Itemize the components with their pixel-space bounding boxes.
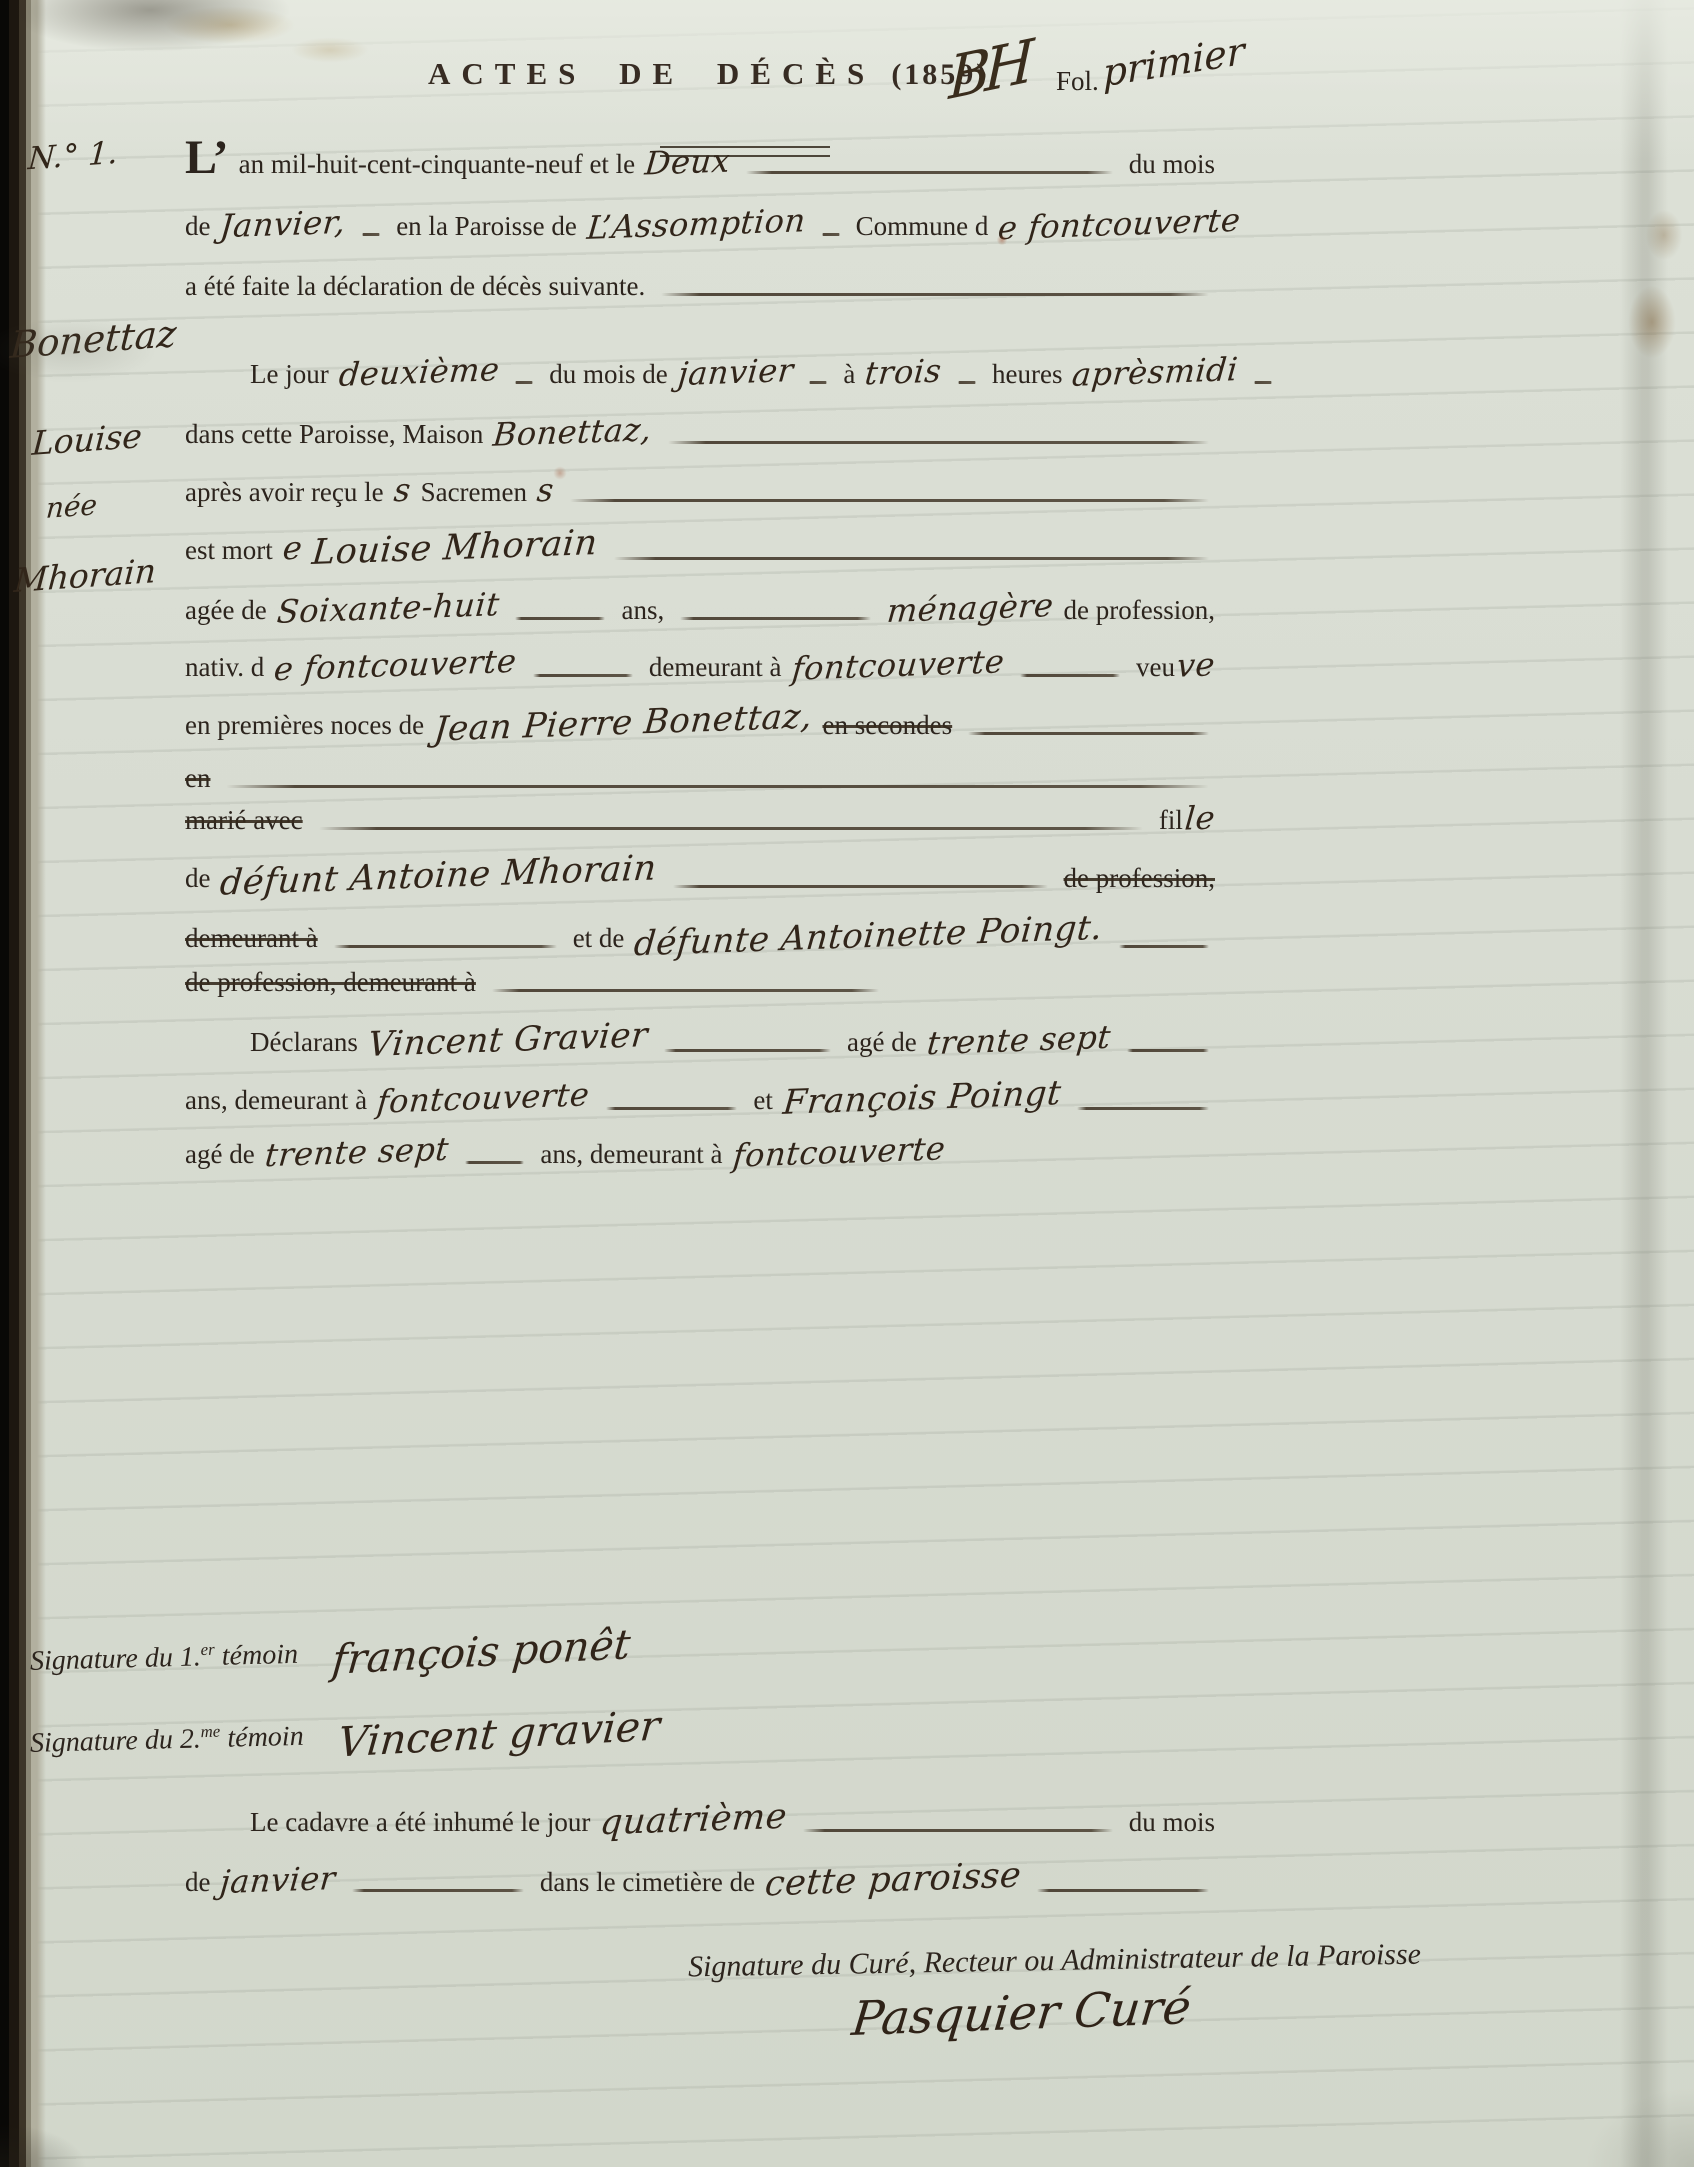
witness-2-row: Signature du 2.me témoin Vincent gravier bbox=[30, 1710, 660, 1758]
witness-2-label: Signature du 2.me témoin bbox=[30, 1719, 304, 1759]
printed-text: en la Paroisse de bbox=[396, 204, 577, 248]
printed-text: Le jour bbox=[250, 352, 329, 396]
margin-name-firstname: Louise bbox=[31, 416, 144, 463]
ink-rule bbox=[668, 441, 1209, 444]
ink-rule bbox=[465, 1161, 525, 1164]
printed-text: a été faite la déclaration de décès suiv… bbox=[185, 264, 645, 308]
handwritten-entry: fontcouverte bbox=[790, 639, 1006, 691]
burial-line-1: Le cadavre a été inhumé le jour quatrièm… bbox=[250, 1798, 1215, 1844]
printed-text: du mois bbox=[1129, 1800, 1215, 1844]
handwritten-entry: défunte Antoinette Poingt. bbox=[633, 906, 1105, 967]
handwritten-entry: deuxième bbox=[337, 347, 501, 397]
ink-rule bbox=[614, 557, 1209, 560]
act-line-6: après avoir reçu le s Sacremen s bbox=[185, 468, 1215, 514]
handwritten-entry: Jean Pierre Bonettaz, bbox=[432, 694, 814, 751]
act-line-16: Déclarans Vincent Gravier agé de trente … bbox=[250, 1018, 1215, 1064]
printed-text: de profession, bbox=[1064, 588, 1215, 632]
handwritten-entry: fontcouverte bbox=[731, 1126, 947, 1178]
ink-rule bbox=[968, 732, 1209, 735]
printed-text: Commune d bbox=[856, 204, 989, 248]
death-register-page: ACTES DE DÉCÈS (1859) BH Fol. primier N.… bbox=[0, 0, 1694, 2167]
handwritten-entry: s bbox=[392, 468, 413, 513]
handwritten-entry: le bbox=[1183, 795, 1217, 840]
ink-rule bbox=[515, 381, 533, 384]
ink-rule bbox=[803, 1829, 1112, 1832]
ink-rule bbox=[822, 233, 840, 236]
handwritten-entry: s bbox=[535, 468, 556, 513]
handwritten-entry: trente sept bbox=[263, 1127, 451, 1178]
handwritten-entry: janvier bbox=[219, 1856, 338, 1904]
printed-text: ans, demeurant à bbox=[185, 1078, 367, 1122]
act-line-9: nativ. d e fontcouverte demeurant à font… bbox=[185, 643, 1215, 689]
printed-text: an mil-huit-cent-cinquante-neuf et le bbox=[239, 142, 636, 186]
ink-rule bbox=[226, 785, 1209, 788]
burial-line-2: de janvier dans le cimetière de cette pa… bbox=[185, 1858, 1215, 1904]
act-line-1: L’ an mil-huit-cent-cinquante-neuf et le… bbox=[185, 138, 1215, 186]
printed-text: de bbox=[185, 1860, 210, 1904]
handwritten-entry: fontcouverte bbox=[375, 1072, 591, 1124]
act-line-7: est mort e Louise Mhorain bbox=[185, 526, 1215, 572]
act-line-3: a été faite la déclaration de décès suiv… bbox=[185, 264, 1215, 308]
ink-rule bbox=[958, 381, 976, 384]
witness-label-text: Signature du 2. bbox=[30, 1723, 202, 1758]
handwritten-entry: Soixante-huit bbox=[275, 582, 501, 634]
printed-text: et bbox=[753, 1078, 773, 1122]
printed-text: et de bbox=[573, 916, 625, 960]
printed-text: demeurant à bbox=[185, 916, 318, 960]
curate-signature-label: Signature du Curé, Recteur ou Administra… bbox=[688, 1938, 1421, 1985]
printed-text: après avoir reçu le bbox=[185, 470, 384, 514]
folio-label: Fol. bbox=[1056, 66, 1099, 97]
printed-text: en secondes bbox=[822, 703, 952, 747]
curate-signature: Pasquier Curé bbox=[849, 1980, 1193, 2047]
page-title: ACTES DE DÉCÈS bbox=[428, 56, 875, 92]
witness-label-superscript: er bbox=[200, 1639, 214, 1658]
witness-1-row: Signature du 1.er témoin françois ponêt bbox=[30, 1628, 631, 1676]
handwritten-entry: e bbox=[281, 526, 304, 571]
ink-rule bbox=[334, 945, 557, 948]
handwritten-entry: e fontcouverte bbox=[997, 198, 1243, 251]
ink-rule bbox=[664, 1049, 831, 1052]
act-line-13: de défunt Antoine Mhorain de profession, bbox=[185, 854, 1215, 900]
printed-text: en bbox=[185, 756, 210, 800]
printed-text: fil bbox=[1159, 798, 1183, 842]
ink-rule bbox=[570, 499, 1209, 502]
printed-text: à bbox=[843, 352, 855, 396]
printed-text: du mois de bbox=[549, 352, 668, 396]
ink-rule bbox=[1254, 381, 1272, 384]
printed-text: est mort bbox=[185, 528, 273, 572]
ink-rule bbox=[606, 1107, 738, 1110]
witness-1-label: Signature du 1.er témoin bbox=[30, 1637, 299, 1677]
printed-text: agé de bbox=[185, 1132, 255, 1176]
act-line-5: dans cette Paroisse, Maison Bonettaz, bbox=[185, 410, 1215, 456]
act-line-11: en bbox=[185, 756, 1215, 800]
printed-text: marié avec bbox=[185, 798, 303, 842]
ink-rule bbox=[319, 827, 1143, 830]
ink-rule bbox=[515, 617, 605, 620]
act-line-10: en premières noces de Jean Pierre Bonett… bbox=[185, 701, 1215, 747]
ink-rule bbox=[1127, 1049, 1209, 1052]
handwritten-entry: ménagère bbox=[885, 583, 1055, 633]
printed-text: dans le cimetière de bbox=[540, 1860, 755, 1904]
ink-rule bbox=[746, 171, 1112, 174]
handwritten-entry: Louise Mhorain bbox=[310, 521, 599, 575]
ink-rule bbox=[809, 381, 827, 384]
margin-act-number: N.° 1. bbox=[27, 135, 119, 178]
act-line-18: agé de trente sept ans, demeurant à font… bbox=[185, 1130, 945, 1176]
act-line-12: marié avec fille bbox=[185, 796, 1215, 842]
printed-text: nativ. d bbox=[185, 645, 264, 689]
printed-text: de profession, demeurant à bbox=[185, 960, 476, 1004]
printed-text: veu bbox=[1136, 645, 1175, 689]
act-line-17: ans, demeurant à fontcouverte et Françoi… bbox=[185, 1076, 1215, 1122]
margin-name-nee: née bbox=[45, 488, 98, 525]
printed-text: agé de bbox=[847, 1020, 917, 1064]
ink-rule bbox=[533, 674, 633, 677]
handwritten-entry: Deux bbox=[643, 138, 732, 185]
act-line-14: demeurant à et de défunte Antoinette Poi… bbox=[185, 914, 1215, 960]
handwritten-entry: quatrième bbox=[598, 1795, 789, 1846]
ink-rule bbox=[492, 989, 879, 992]
printed-text: ans, bbox=[621, 588, 664, 632]
ink-rule bbox=[1037, 1889, 1209, 1892]
printed-text: agée de bbox=[185, 588, 267, 632]
handwritten-entry: aprèsmidi bbox=[1071, 347, 1241, 397]
printed-text: Déclarans bbox=[250, 1020, 358, 1064]
page-header: ACTES DE DÉCÈS (1859) bbox=[428, 56, 989, 92]
handwritten-entry: François Poingt bbox=[781, 1071, 1063, 1125]
witness-label-text: Signature du 1. bbox=[30, 1641, 202, 1676]
witness-1-signature: françois ponêt bbox=[330, 1620, 632, 1684]
printed-text: de profession, bbox=[1064, 856, 1215, 900]
witness-2-signature: Vincent gravier bbox=[336, 1701, 662, 1766]
printed-text: Sacremen bbox=[421, 470, 527, 514]
ink-rule bbox=[1119, 945, 1209, 948]
witness-label-superscript: me bbox=[200, 1721, 220, 1741]
printed-text: ans, demeurant à bbox=[540, 1132, 722, 1176]
printed-text: L’ bbox=[185, 138, 229, 178]
printed-text: demeurant à bbox=[649, 645, 782, 689]
ink-rule bbox=[680, 617, 871, 620]
witness-label-text: témoin bbox=[221, 1638, 298, 1671]
act-line-4: Le jour deuxième du mois de janvier à tr… bbox=[250, 350, 1215, 396]
ink-rule bbox=[352, 1889, 524, 1892]
act-line-15: de profession, demeurant à bbox=[185, 960, 885, 1004]
folio-number-handwritten: primier bbox=[1102, 29, 1244, 96]
act-line-2: de Janvier, en la Paroisse de L’Assompti… bbox=[185, 202, 1215, 248]
ink-rule bbox=[1077, 1107, 1209, 1110]
header-paraph-flourish: BH bbox=[948, 27, 1030, 114]
handwritten-entry: ve bbox=[1175, 642, 1217, 687]
handwritten-entry: cette paroisse bbox=[763, 1853, 1023, 1906]
ink-rule bbox=[673, 885, 1047, 888]
handwritten-entry: Vincent Gravier bbox=[366, 1013, 650, 1067]
witness-label-text: témoin bbox=[227, 1720, 304, 1753]
printed-text: dans cette Paroisse, Maison bbox=[185, 412, 483, 456]
printed-text: de bbox=[185, 856, 210, 900]
handwritten-entry: Janvier, bbox=[219, 200, 349, 249]
act-line-8: agée de Soixante-huit ans, ménagère de p… bbox=[185, 586, 1215, 632]
handwritten-entry: défunt Antoine Mhorain bbox=[219, 846, 659, 905]
ink-rule bbox=[1020, 674, 1120, 677]
handwritten-entry: L’Assomption bbox=[585, 198, 807, 250]
printed-text: Le cadavre a été inhumé le jour bbox=[250, 1800, 590, 1844]
ink-rule bbox=[362, 233, 380, 236]
handwritten-entry: Bonettaz, bbox=[492, 407, 654, 457]
printed-text: de bbox=[185, 204, 210, 248]
ink-rule bbox=[661, 293, 1209, 296]
handwritten-entry: trente sept bbox=[925, 1015, 1113, 1066]
printed-text: heures bbox=[992, 352, 1062, 396]
handwritten-entry: e fontcouverte bbox=[272, 639, 518, 692]
handwritten-entry: trois bbox=[863, 349, 943, 396]
printed-text: en premières noces de bbox=[185, 703, 424, 747]
printed-text: du mois bbox=[1129, 142, 1215, 186]
handwritten-entry: janvier bbox=[676, 348, 795, 396]
